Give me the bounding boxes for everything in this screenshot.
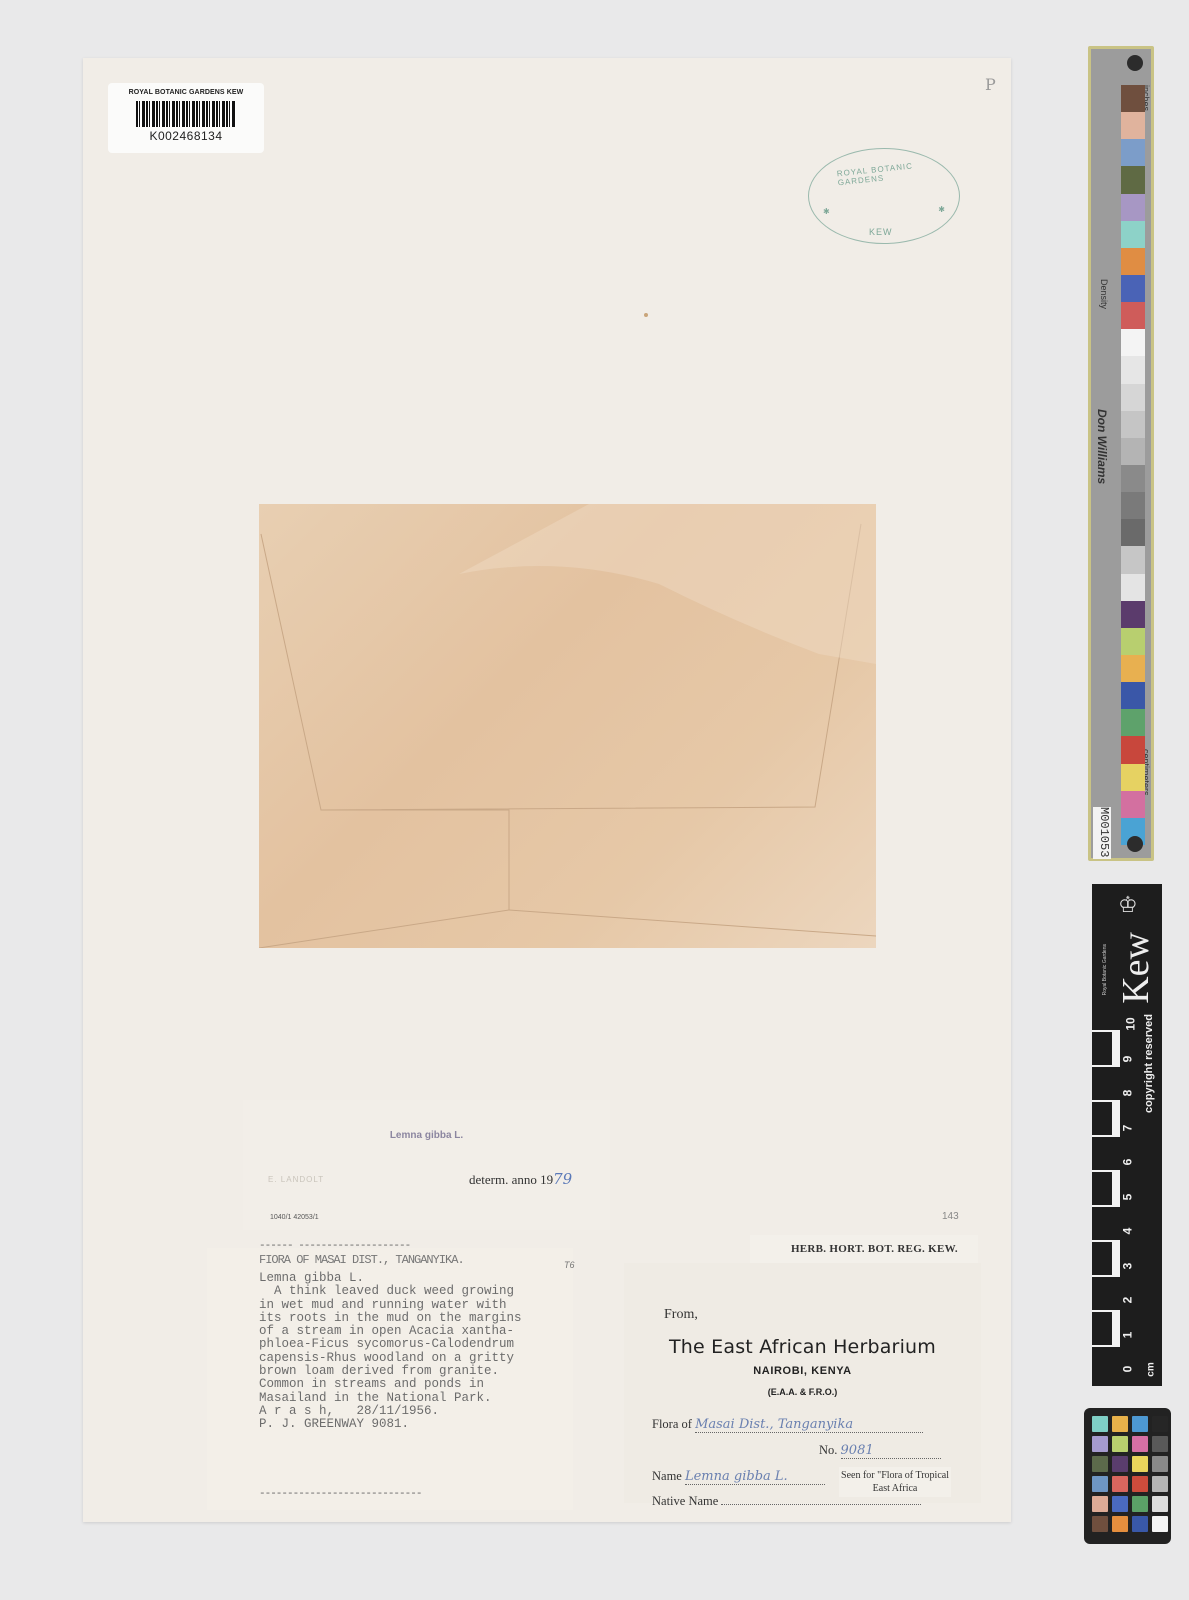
color-swatch: [1121, 736, 1145, 763]
checker-patch: [1132, 1476, 1148, 1492]
line: A think leaved duck weed growing: [259, 1284, 514, 1298]
herbarium-label-text: HERB. HORT. BOT. REG. KEW.: [791, 1243, 958, 1255]
reference-numbers: 1040/1 42053/1: [270, 1214, 319, 1221]
line: in wet mud and running water with: [259, 1298, 507, 1312]
line: Masailand in the National Park.: [259, 1391, 492, 1405]
line: Common in streams and ponds in: [259, 1377, 484, 1391]
color-swatch: [1121, 112, 1145, 139]
color-swatch: [1121, 248, 1145, 275]
color-swatch: [1121, 601, 1145, 628]
dashed-rule-top: ------ --------------------: [259, 1240, 410, 1252]
checker-patch: [1112, 1476, 1128, 1492]
number-row: No. 9081: [819, 1443, 941, 1459]
east-african-herbarium-label: From, The East African Herbarium NAIROBI…: [624, 1263, 981, 1503]
anno-year: 79: [553, 1170, 572, 1188]
checker-patch: [1092, 1476, 1108, 1492]
scale-number: 2: [1120, 1297, 1134, 1304]
color-swatch: [1121, 682, 1145, 709]
number-value: 9081: [841, 1443, 941, 1459]
flora-row: Flora of Masai Dist., Tanganyika: [652, 1417, 923, 1433]
color-swatch: [1121, 628, 1145, 655]
color-swatch: [1121, 709, 1145, 736]
line: its roots in the mud on the margins: [259, 1311, 522, 1325]
star-icon: ✱: [938, 205, 945, 214]
collector-notes: Lemna gibba L. A think leaved duck weed …: [259, 1272, 522, 1432]
barcode-image: [136, 101, 236, 127]
checker-patch: [1092, 1516, 1108, 1532]
barcode-number: K002468134: [108, 129, 264, 143]
collector-header: FIORA OF MASAI DIST., TANGANYIKA.: [259, 1253, 464, 1267]
hole-icon: [1127, 836, 1143, 852]
scale-number: 9: [1120, 1055, 1134, 1062]
kew-stamp: ROYAL BOTANIC GARDENS ✱ ✱ KEW: [808, 148, 960, 244]
checker-patch: [1152, 1456, 1168, 1472]
line: Lemna gibba L.: [259, 1271, 364, 1285]
collector-label: ------ -------------------- FIORA OF MAS…: [207, 1248, 573, 1510]
scale-number: 0: [1120, 1366, 1134, 1373]
color-swatch: [1121, 166, 1145, 193]
herbarium-org: (E.A.A. & F.R.O.): [624, 1387, 981, 1397]
hole-icon: [1127, 55, 1143, 71]
kew-logo: Kew: [1114, 932, 1158, 1004]
color-swatch: [1121, 465, 1145, 492]
scale-number: 6: [1120, 1159, 1134, 1166]
scale-number: 3: [1120, 1262, 1134, 1269]
number-label: No.: [819, 1443, 837, 1457]
checker-patch: [1112, 1416, 1128, 1432]
stamp-top-text: ROYAL BOTANIC GARDENS: [836, 157, 959, 188]
color-swatch: [1121, 655, 1145, 682]
star-icon: ✱: [823, 207, 830, 216]
color-swatch: [1121, 356, 1145, 383]
pencil-mark: P: [985, 75, 996, 94]
determined-species: Lemna gibba L.: [243, 1130, 610, 1141]
scale-number: 8: [1120, 1090, 1134, 1097]
seen-for-flora-note: Seen for "Flora of Tropical East Africa: [839, 1467, 951, 1497]
checker-patch: [1132, 1516, 1148, 1532]
checker-patch: [1092, 1456, 1108, 1472]
determination-label: Lemna gibba L. E. LANDOLT determ. anno 1…: [243, 1100, 610, 1230]
scale-number: 4: [1120, 1228, 1134, 1235]
checker-patch: [1152, 1496, 1168, 1512]
herbarium-label: HERB. HORT. BOT. REG. KEW.: [750, 1235, 978, 1263]
specimen-envelope: [259, 504, 876, 948]
color-swatch: [1121, 574, 1145, 601]
checker-patch: [1132, 1456, 1148, 1472]
sheet-number: 143: [942, 1211, 959, 1222]
color-swatch: [1121, 329, 1145, 356]
checker-patch: [1152, 1416, 1168, 1432]
checker-patch: [1132, 1496, 1148, 1512]
scale-number: 7: [1120, 1124, 1134, 1131]
scale-number: 5: [1120, 1193, 1134, 1200]
checker-patch: [1152, 1476, 1168, 1492]
color-swatch: [1121, 302, 1145, 329]
kew-subtitle: Royal Botanic Gardens: [1102, 944, 1108, 995]
color-checker-card: [1084, 1408, 1171, 1544]
checker-patch: [1132, 1416, 1148, 1432]
cm-label: cm: [1146, 1362, 1157, 1376]
name-value: Lemna gibba L.: [685, 1469, 825, 1485]
envelope-folds: [259, 504, 876, 948]
color-swatch: [1121, 85, 1145, 112]
region-tag: T6: [564, 1260, 575, 1270]
density-label: Density: [1099, 279, 1109, 309]
checker-patch: [1092, 1436, 1108, 1452]
color-swatch: [1121, 194, 1145, 221]
flora-label: Flora of: [652, 1417, 692, 1431]
kew-scale-bar: ♔ Royal Botanic Gardens Kew copyright re…: [1092, 884, 1162, 1386]
scale-number: 10: [1124, 1017, 1138, 1030]
color-swatch: [1121, 546, 1145, 573]
line: A r a s h, 28/11/1956.: [259, 1404, 439, 1418]
kew-crest-icon: ♔: [1118, 892, 1138, 918]
copyright-text: copyright reserved: [1143, 1014, 1155, 1113]
herbarium-city: NAIROBI, KENYA: [624, 1365, 981, 1377]
spot-mark: [644, 313, 648, 317]
line: brown loam derived from granite.: [259, 1364, 499, 1378]
institution-name: ROYAL BOTANIC GARDENS KEW: [108, 89, 264, 96]
checker-patch: [1092, 1496, 1108, 1512]
determiner-name: E. LANDOLT: [268, 1175, 324, 1184]
line: phloea-Ficus sycomorus-Calodendrum: [259, 1337, 514, 1351]
checker-patch: [1112, 1516, 1128, 1532]
color-swatch: [1121, 438, 1145, 465]
brand-label: Don Williams: [1095, 409, 1109, 484]
color-swatch: [1121, 411, 1145, 438]
line: of a stream in open Acacia xantha-: [259, 1324, 514, 1338]
checker-patch: [1152, 1516, 1168, 1532]
name-row: Name Lemna gibba L.: [652, 1469, 825, 1485]
dashed-rule-bottom: -----------------------------: [259, 1488, 421, 1500]
color-swatch: [1121, 275, 1145, 302]
color-swatch: [1121, 764, 1145, 791]
color-bar-id: M001053: [1093, 807, 1111, 859]
color-swatches: [1121, 85, 1145, 845]
anno-prefix: determ. anno 19: [469, 1172, 553, 1187]
checker-patch: [1112, 1496, 1128, 1512]
from-text: From,: [664, 1307, 698, 1323]
native-name-label: Native Name: [652, 1494, 718, 1508]
checker-patch: [1152, 1436, 1168, 1452]
color-swatch: [1121, 492, 1145, 519]
checker-patch: [1112, 1456, 1128, 1472]
color-swatch: [1121, 139, 1145, 166]
checker-patch: [1112, 1436, 1128, 1452]
color-swatch: [1121, 519, 1145, 546]
determination-year: determ. anno 1979: [469, 1170, 572, 1188]
line: P. J. GREENWAY 9081.: [259, 1417, 409, 1431]
barcode-label: ROYAL BOTANIC GARDENS KEW K002468134: [108, 83, 264, 153]
scale-number: 1: [1120, 1331, 1134, 1338]
color-calibration-bar: inches Density Don Williams centimeters …: [1088, 46, 1154, 861]
color-swatch: [1121, 384, 1145, 411]
scale-checks: [1092, 1030, 1120, 1382]
checker-patch: [1092, 1416, 1108, 1432]
line: capensis-Rhus woodland on a gritty: [259, 1351, 514, 1365]
name-label: Name: [652, 1469, 682, 1483]
color-swatch: [1121, 791, 1145, 818]
flora-value: Masai Dist., Tanganyika: [695, 1417, 923, 1433]
stamp-bottom-text: KEW: [869, 227, 893, 237]
checker-patch: [1132, 1436, 1148, 1452]
color-swatch: [1121, 221, 1145, 248]
herbarium-name: The East African Herbarium: [624, 1336, 981, 1358]
